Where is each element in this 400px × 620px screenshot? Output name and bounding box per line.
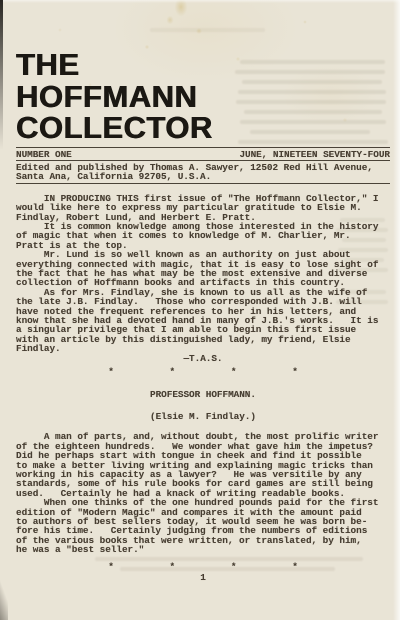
imprint-line-2: Santa Ana, California 92705, U.S.A. — [16, 172, 390, 184]
page-number: 1 — [16, 573, 390, 582]
editorial-paragraph: As for Mrs. Findlay, she is known to us … — [16, 288, 390, 354]
masthead-line-1: THE — [16, 49, 390, 81]
article-paragraph: When one thinks of the one hundred pound… — [16, 498, 390, 554]
body-text: IN PRODUCING THIS first issue of "The Ho… — [16, 194, 390, 583]
article-title: PROFESSOR HOFFMANN. — [16, 390, 390, 399]
article-byline: (Elsie M. Findlay.) — [16, 412, 390, 421]
scan-edge-left — [0, 0, 3, 150]
issue-date: JUNE, NINETEEN SEVENTY-FOUR — [239, 150, 390, 160]
issue-header: NUMBER ONE JUNE, NINETEEN SEVENTY-FOUR E… — [16, 147, 390, 184]
editorial-paragraph: IN PRODUCING THIS first issue of "The Ho… — [16, 194, 390, 222]
article-paragraph: A man of parts, and, without doubt, the … — [16, 432, 390, 498]
issue-row: NUMBER ONE JUNE, NINETEEN SEVENTY-FOUR — [16, 148, 390, 162]
scan-edge-corner — [0, 574, 8, 620]
masthead-line-2: HOFFMANN — [16, 81, 390, 113]
masthead-line-3: COLLECTOR — [16, 112, 390, 144]
scanned-newsletter-page: THE HOFFMANN COLLECTOR NUMBER ONE JUNE, … — [0, 0, 400, 620]
page-content: THE HOFFMANN COLLECTOR NUMBER ONE JUNE, … — [16, 0, 390, 582]
asterisk-separator: * * * * — [16, 562, 390, 571]
masthead-title: THE HOFFMANN COLLECTOR — [16, 49, 390, 144]
editor-signature: —T.A.S. — [16, 354, 390, 363]
scan-edge-right — [393, 0, 400, 620]
asterisk-separator: * * * * — [16, 367, 390, 376]
editorial-paragraph: It is common knowledge among those inter… — [16, 222, 390, 250]
editorial-paragraph: Mr. Lund is so well known as an authorit… — [16, 250, 390, 288]
issue-number: NUMBER ONE — [16, 150, 72, 160]
